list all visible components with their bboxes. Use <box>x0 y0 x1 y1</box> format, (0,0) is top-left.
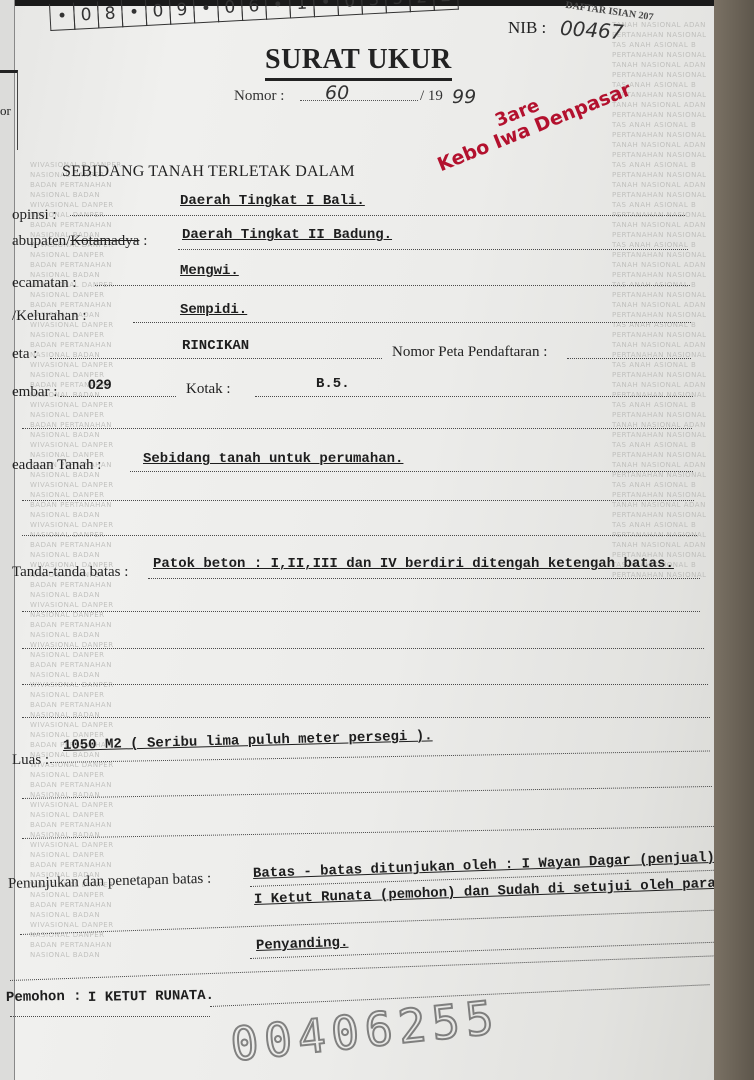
number-box: 1 <box>289 0 315 18</box>
nib-label: NIB : <box>508 18 546 38</box>
field-luas: Luas : 1050 M2 ( Seribu lima puluh meter… <box>0 738 725 762</box>
kecamatan-label: ecamatan : <box>12 275 77 292</box>
field-kabupaten: abupaten/Kotamadya : Daerah Tingkat II B… <box>0 227 725 251</box>
field-propinsi: opinsi : Daerah Tingkat I Bali. <box>0 193 725 217</box>
number-box: • <box>265 0 291 20</box>
penunjukan-label: Penunjukan dan penetapan batas : <box>8 871 212 893</box>
propinsi-label: opinsi : <box>12 207 57 224</box>
keadaan-tanah-value: Sebidang tanah untuk perumahan. <box>143 451 403 467</box>
number-box: 6 <box>241 0 267 21</box>
red-stamp: 3are Kebo Iwa Denpasar <box>428 63 634 176</box>
number-box: 3 <box>361 0 387 15</box>
lembar-label: embar : <box>12 384 57 401</box>
field-lembar: embar : 029 Kotak : B.5. <box>0 376 725 400</box>
kotak-value: B.5. <box>316 376 350 392</box>
field-kelurahan: /Kelurahan : Sempidi. <box>0 302 725 326</box>
section-heading: SEBIDANG TANAH TERLETAK DALAM <box>62 163 355 181</box>
nomor-dotted-line <box>300 100 418 101</box>
field-keadaan-tanah: eadaan Tanah : Sebidang tanah untuk peru… <box>0 451 725 475</box>
field-peta: eta : RINCIKAN Nomor Peta Pendaftaran : <box>0 338 725 362</box>
field-kecamatan: ecamatan : Mengwi. <box>0 263 725 287</box>
left-form-box: or <box>0 70 18 150</box>
kotak-label: Kotak : <box>186 381 231 398</box>
propinsi-value: Daerah Tingkat I Bali. <box>180 193 365 209</box>
penunjukan-line-3: Penyanding. <box>256 935 349 954</box>
nomor-peta-label: Nomor Peta Pendaftaran : <box>392 344 547 361</box>
number-box: 0 <box>73 1 99 29</box>
field-penunjukan: Penunjukan dan penetapan batas : Batas -… <box>0 860 725 960</box>
number-box: 2 <box>409 0 435 12</box>
peta-label: eta : <box>12 346 37 363</box>
nomor-value: 60 <box>325 82 349 104</box>
left-box-text: or <box>0 103 11 118</box>
field-tanda-batas: Tanda-tanda batas : Patok beton : I,II,I… <box>0 556 725 580</box>
number-box: 5 <box>385 0 411 13</box>
luas-label: Luas : <box>12 752 49 769</box>
kabupaten-value: Daerah Tingkat II Badung. <box>182 227 392 243</box>
pemohon-value: I KETUT RUNATA. <box>88 988 214 1006</box>
number-box: • <box>193 0 219 23</box>
number-box: 9 <box>169 0 195 25</box>
number-box: 0 <box>217 0 243 22</box>
nomor-label: Nomor : <box>234 88 284 105</box>
nomor-year-prefix: / 19 <box>420 88 443 105</box>
number-box: 0 <box>337 0 363 16</box>
nomor-year-value: 99 <box>452 86 476 108</box>
pemohon-label: Pemohon : <box>6 989 82 1006</box>
penunjukan-line-2: I Ketut Runata (pemohon) dan Sudah di se… <box>254 876 716 908</box>
number-box: • <box>313 0 339 17</box>
number-box: • <box>121 0 147 27</box>
kelurahan-value: Sempidi. <box>180 302 247 318</box>
tanda-batas-label: Tanda-tanda batas : <box>12 564 128 581</box>
kabupaten-label-struck: Kotamadya <box>70 233 139 249</box>
lembar-value: 029 <box>88 376 111 392</box>
bleed-through-text-right: TANAH NASIONAL ADAN PERTANAHAN NASIONAL … <box>612 20 722 580</box>
tanda-batas-value: Patok beton : I,II,III dan IV berdiri di… <box>153 556 674 572</box>
number-box: • <box>49 3 75 31</box>
peta-value: RINCIKAN <box>182 338 249 354</box>
kabupaten-label: abupaten/Kotamadya : <box>12 233 147 250</box>
document-title: SURAT UKUR <box>265 44 452 81</box>
page-edge-shadow <box>714 0 754 1080</box>
number-box: 0 <box>145 0 171 26</box>
keadaan-tanah-label: eadaan Tanah : <box>12 457 101 474</box>
number-box: 8 <box>97 0 123 28</box>
kelurahan-label: /Kelurahan : <box>12 308 87 325</box>
document-page: or WIVASIONAL B DANPER NASIONAL DANPER B… <box>0 0 725 1080</box>
registration-number-boxes: •08•09•06•1•03522 <box>50 0 459 31</box>
kecamatan-value: Mengwi. <box>180 263 239 279</box>
number-box: 2 <box>432 0 458 11</box>
nib-value: 00467 <box>559 16 624 44</box>
